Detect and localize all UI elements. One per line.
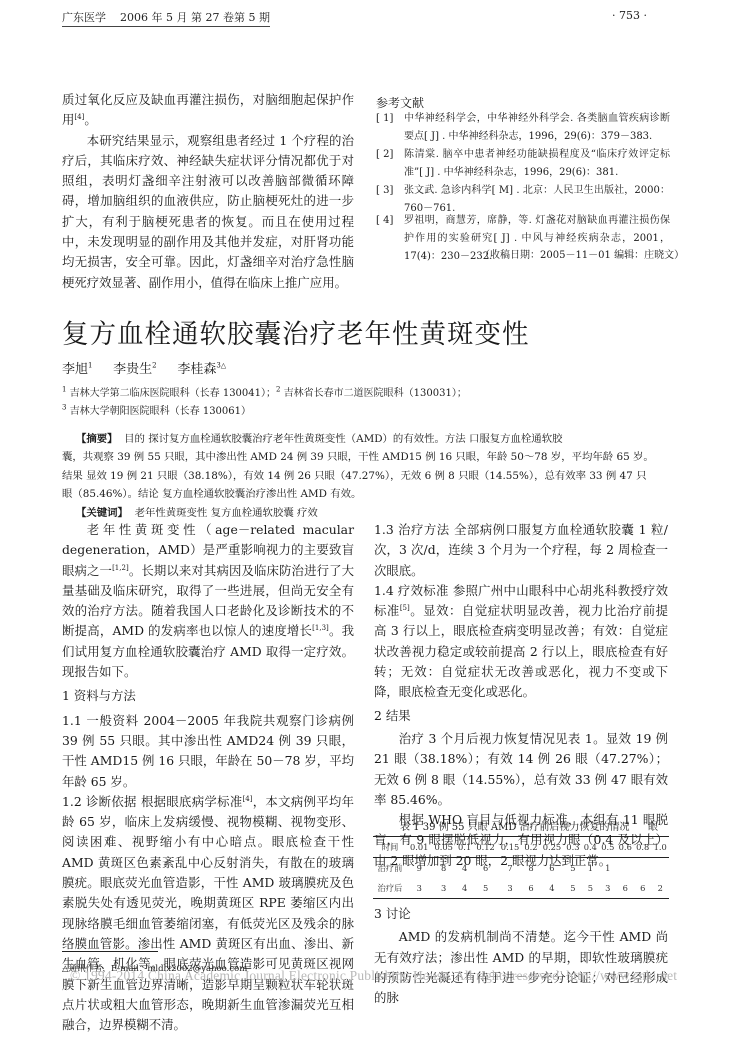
abstract-line: 囊，共观察 39 例 55 只眼，其中渗出性 AMD 24 例 39 只眼，干性…: [62, 448, 656, 466]
table-caption: 表 1 39 例 55 只眼 AMD 治疗前后视力恢复的情况 眼: [400, 818, 630, 833]
subsection-1-1: 1.1 一般资料 2004－2005 年我院共观察门诊病例 39 例 55 只眼…: [62, 711, 354, 792]
table-row: 治疗后 334 536 455 366 2: [373, 878, 669, 899]
subsection-1-4: 1.4 疗效标准 参照广州中山眼科中心胡兆科教授疗效标准[5]。显效：自觉症状明…: [374, 581, 668, 703]
page-number: · 753 ·: [612, 9, 647, 22]
subsection-1-2: 1.2 诊断依据 根据眼底病学标准[4]，本文病例平均年龄 65 岁，临床上发病…: [62, 792, 354, 1036]
section-heading: 3 讨论: [374, 904, 668, 924]
reference-item: [ 2]陈清棠. 脑卒中患者神经功能缺损程度及“临床疗效评定标准”[ J] . …: [376, 146, 670, 182]
prev-article-paragraph: 本研究结果显示，观察组患者经过 1 个疗程的治疗后，其临床疗效、神经缺失症状评分…: [62, 131, 354, 293]
running-header: 广东医学 2006 年 5 月 第 27 卷第 5 期: [62, 9, 270, 27]
issue-info: 2006 年 5 月 第 27 卷第 5 期: [120, 11, 270, 24]
abstract-label: 【摘要】: [76, 433, 118, 445]
table-unit: 眼: [648, 818, 658, 833]
subsection-1-3: 1.3 治疗方法 全部病例口服复方血栓通软胶囊 1 粒/次，3 次/d，连续 3…: [374, 520, 668, 581]
citation: [4]: [243, 795, 253, 803]
received-date: （收稿日期：2005－11－01 编辑：庄晓文）: [480, 246, 684, 261]
footnote-divider: [62, 951, 158, 952]
abstract-line: 【摘要】 目的 探讨复方血栓通软胶囊治疗老年性黄斑变性（AMD）的有效性。方法 …: [62, 430, 656, 448]
citation: [5]: [400, 604, 410, 612]
author: 李桂森3△: [177, 362, 226, 377]
author: 李贵生2: [113, 362, 156, 377]
abstract-line: 结果 显效 19 例 21 只眼（38.18%），有效 14 例 26 只眼（4…: [62, 467, 656, 485]
affiliation-line: 3 吉林大学朝阳医院眼科（长春 130061）: [62, 402, 251, 417]
discussion-section: 3 讨论 AMD 的发病机制尚不清楚。迄今干性 AMD 尚无有效疗法；渗出性 A…: [374, 904, 668, 1008]
prev-article-left-column: 质过氧化反应及缺血再灌注损伤，对脑细胞起保护作用[4]。 本研究结果显示，观察组…: [62, 90, 354, 293]
results-table: 时间 0.010.050.1 0.120.150.2 0.250.30.4 0.…: [373, 836, 669, 899]
section-heading: 1 资料与方法: [62, 686, 354, 706]
journal-name: 广东医学: [62, 11, 106, 24]
references-heading: 参考文献: [376, 94, 424, 111]
table-header-row: 时间 0.010.050.1 0.120.150.2 0.250.30.4 0.…: [373, 837, 669, 858]
author: 李旭1: [62, 362, 92, 377]
reference-item: [ 1]中华神经科学会，中华神经外科学会. 各类脑血管疾病诊断要点[ J] . …: [376, 110, 670, 146]
affiliation-line: 1 吉林大学第二临床医院眼科（长春 130041）；2 吉林省长春市二道医院眼科…: [62, 384, 467, 399]
table-row: 治疗前 984 678 651 1: [373, 858, 669, 879]
prev-article-paragraph: 质过氧化反应及缺血再灌注损伤，对脑细胞起保护作用[4]。: [62, 90, 354, 131]
abstract: 【摘要】 目的 探讨复方血栓通软胶囊治疗老年性黄斑变性（AMD）的有效性。方法 …: [62, 430, 656, 522]
intro-paragraph: 老年性黄斑变性（age－related macular degeneration…: [62, 520, 354, 682]
abstract-line: 眼（85.46%）。结论 复方血栓通软胶囊治疗渗出性 AMD 有效。: [62, 485, 656, 503]
section-heading: 2 结果: [374, 706, 668, 726]
article-title: 复方血栓通软胶囊治疗老年性黄斑变性: [62, 312, 530, 351]
author-list: 李旭1 李贵生2 李桂森3△: [62, 358, 226, 377]
body-left-column: 老年性黄斑变性（age－related macular degeneration…: [62, 520, 354, 1035]
keywords-label: 【关键词】: [76, 507, 128, 519]
citation: [1,3]: [312, 624, 329, 632]
citation: [4]: [74, 113, 84, 121]
results-paragraph: 治疗 3 个月后视力恢复情况见表 1。显效 19 例 21 眼（38.18%）；…: [374, 729, 668, 810]
copyright-watermark: © 1994-2014 China Academic Journal Elect…: [70, 968, 677, 984]
citation: [1,2]: [112, 563, 129, 571]
